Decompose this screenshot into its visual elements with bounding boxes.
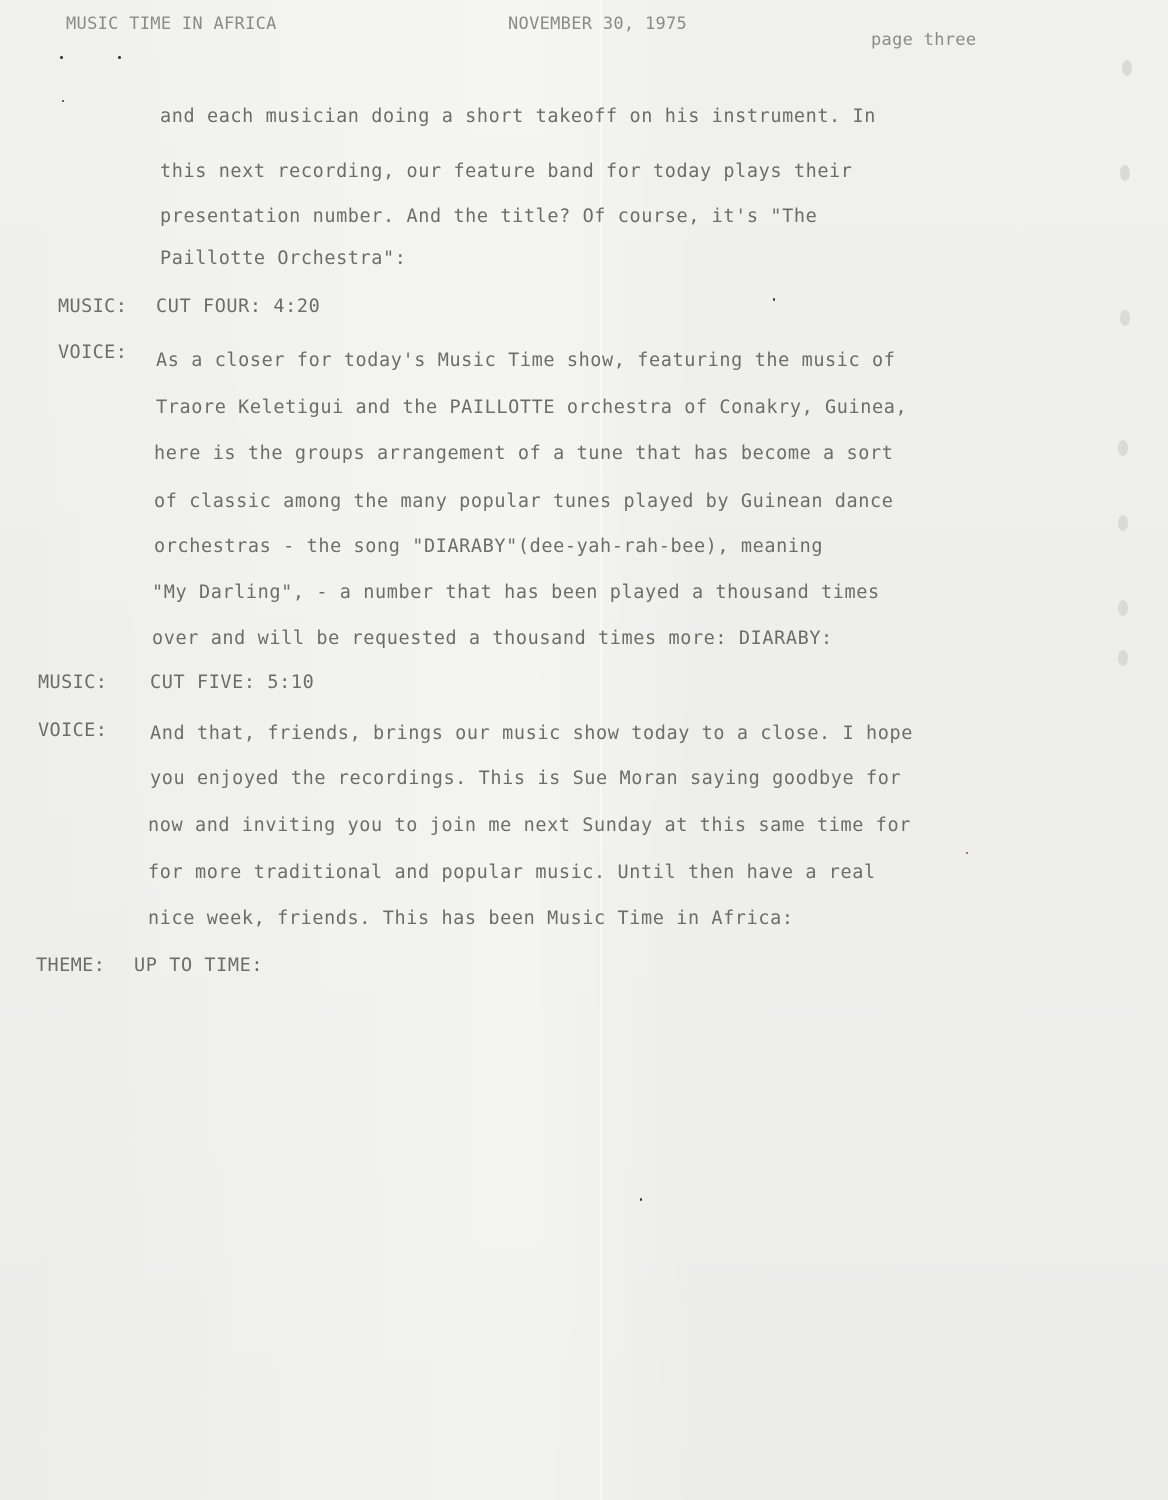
cue-text: CUT FIVE: 5:10 (150, 672, 314, 693)
text-line: you enjoyed the recordings. This is Sue … (150, 768, 901, 789)
cue-label: MUSIC: (38, 672, 107, 693)
text-line: of classic among the many popular tunes … (154, 491, 894, 512)
text-line: And that, friends, brings our music show… (150, 723, 913, 744)
ink-speck (60, 56, 63, 59)
binder-hole-mark (1118, 650, 1128, 666)
text-line: orchestras - the song "DIARABY"(dee-yah-… (154, 536, 823, 557)
page-number: page three (871, 30, 976, 50)
text-line: and each musician doing a short takeoff … (160, 106, 876, 127)
text-line: As a closer for today's Music Time show,… (156, 350, 896, 371)
text-line: Traore Keletigui and the PAILLOTTE orche… (156, 397, 907, 418)
binder-hole-mark (1118, 440, 1128, 456)
text-line: now and inviting you to join me next Sun… (148, 815, 911, 836)
broadcast-date: NOVEMBER 30, 1975 (508, 14, 687, 34)
cue-label: VOICE: (38, 720, 107, 741)
text-line: over and will be requested a thousand ti… (152, 628, 833, 649)
typewritten-page: MUSIC TIME IN AFRICA NOVEMBER 30, 1975 p… (0, 0, 1168, 1500)
program-title: MUSIC TIME IN AFRICA (66, 14, 277, 34)
text-line: Paillotte Orchestra": (160, 248, 407, 269)
cue-text: UP TO TIME: (134, 955, 263, 976)
binder-hole-mark (1118, 600, 1128, 616)
cue-label: THEME: (36, 955, 105, 976)
ink-speck (773, 298, 775, 301)
cue-text: CUT FOUR: 4:20 (156, 296, 320, 317)
page-header: MUSIC TIME IN AFRICA NOVEMBER 30, 1975 p… (0, 14, 1168, 44)
text-line: this next recording, our feature band fo… (160, 161, 853, 182)
text-line: "My Darling", - a number that has been p… (152, 582, 880, 603)
cue-label: MUSIC: (58, 296, 127, 317)
binder-hole-mark (1120, 165, 1130, 181)
text-line: here is the groups arrangement of a tune… (154, 443, 894, 464)
cue-label: VOICE: (58, 342, 127, 363)
ink-speck (118, 56, 121, 59)
ink-speck (966, 852, 968, 854)
binder-hole-mark (1118, 515, 1128, 531)
ink-speck (62, 100, 64, 102)
text-line: for more traditional and popular music. … (148, 862, 876, 883)
text-line: nice week, friends. This has been Music … (148, 908, 794, 929)
binder-hole-mark (1122, 60, 1132, 76)
ink-speck (640, 1198, 642, 1201)
text-line: presentation number. And the title? Of c… (160, 206, 817, 227)
binder-hole-mark (1120, 310, 1130, 326)
